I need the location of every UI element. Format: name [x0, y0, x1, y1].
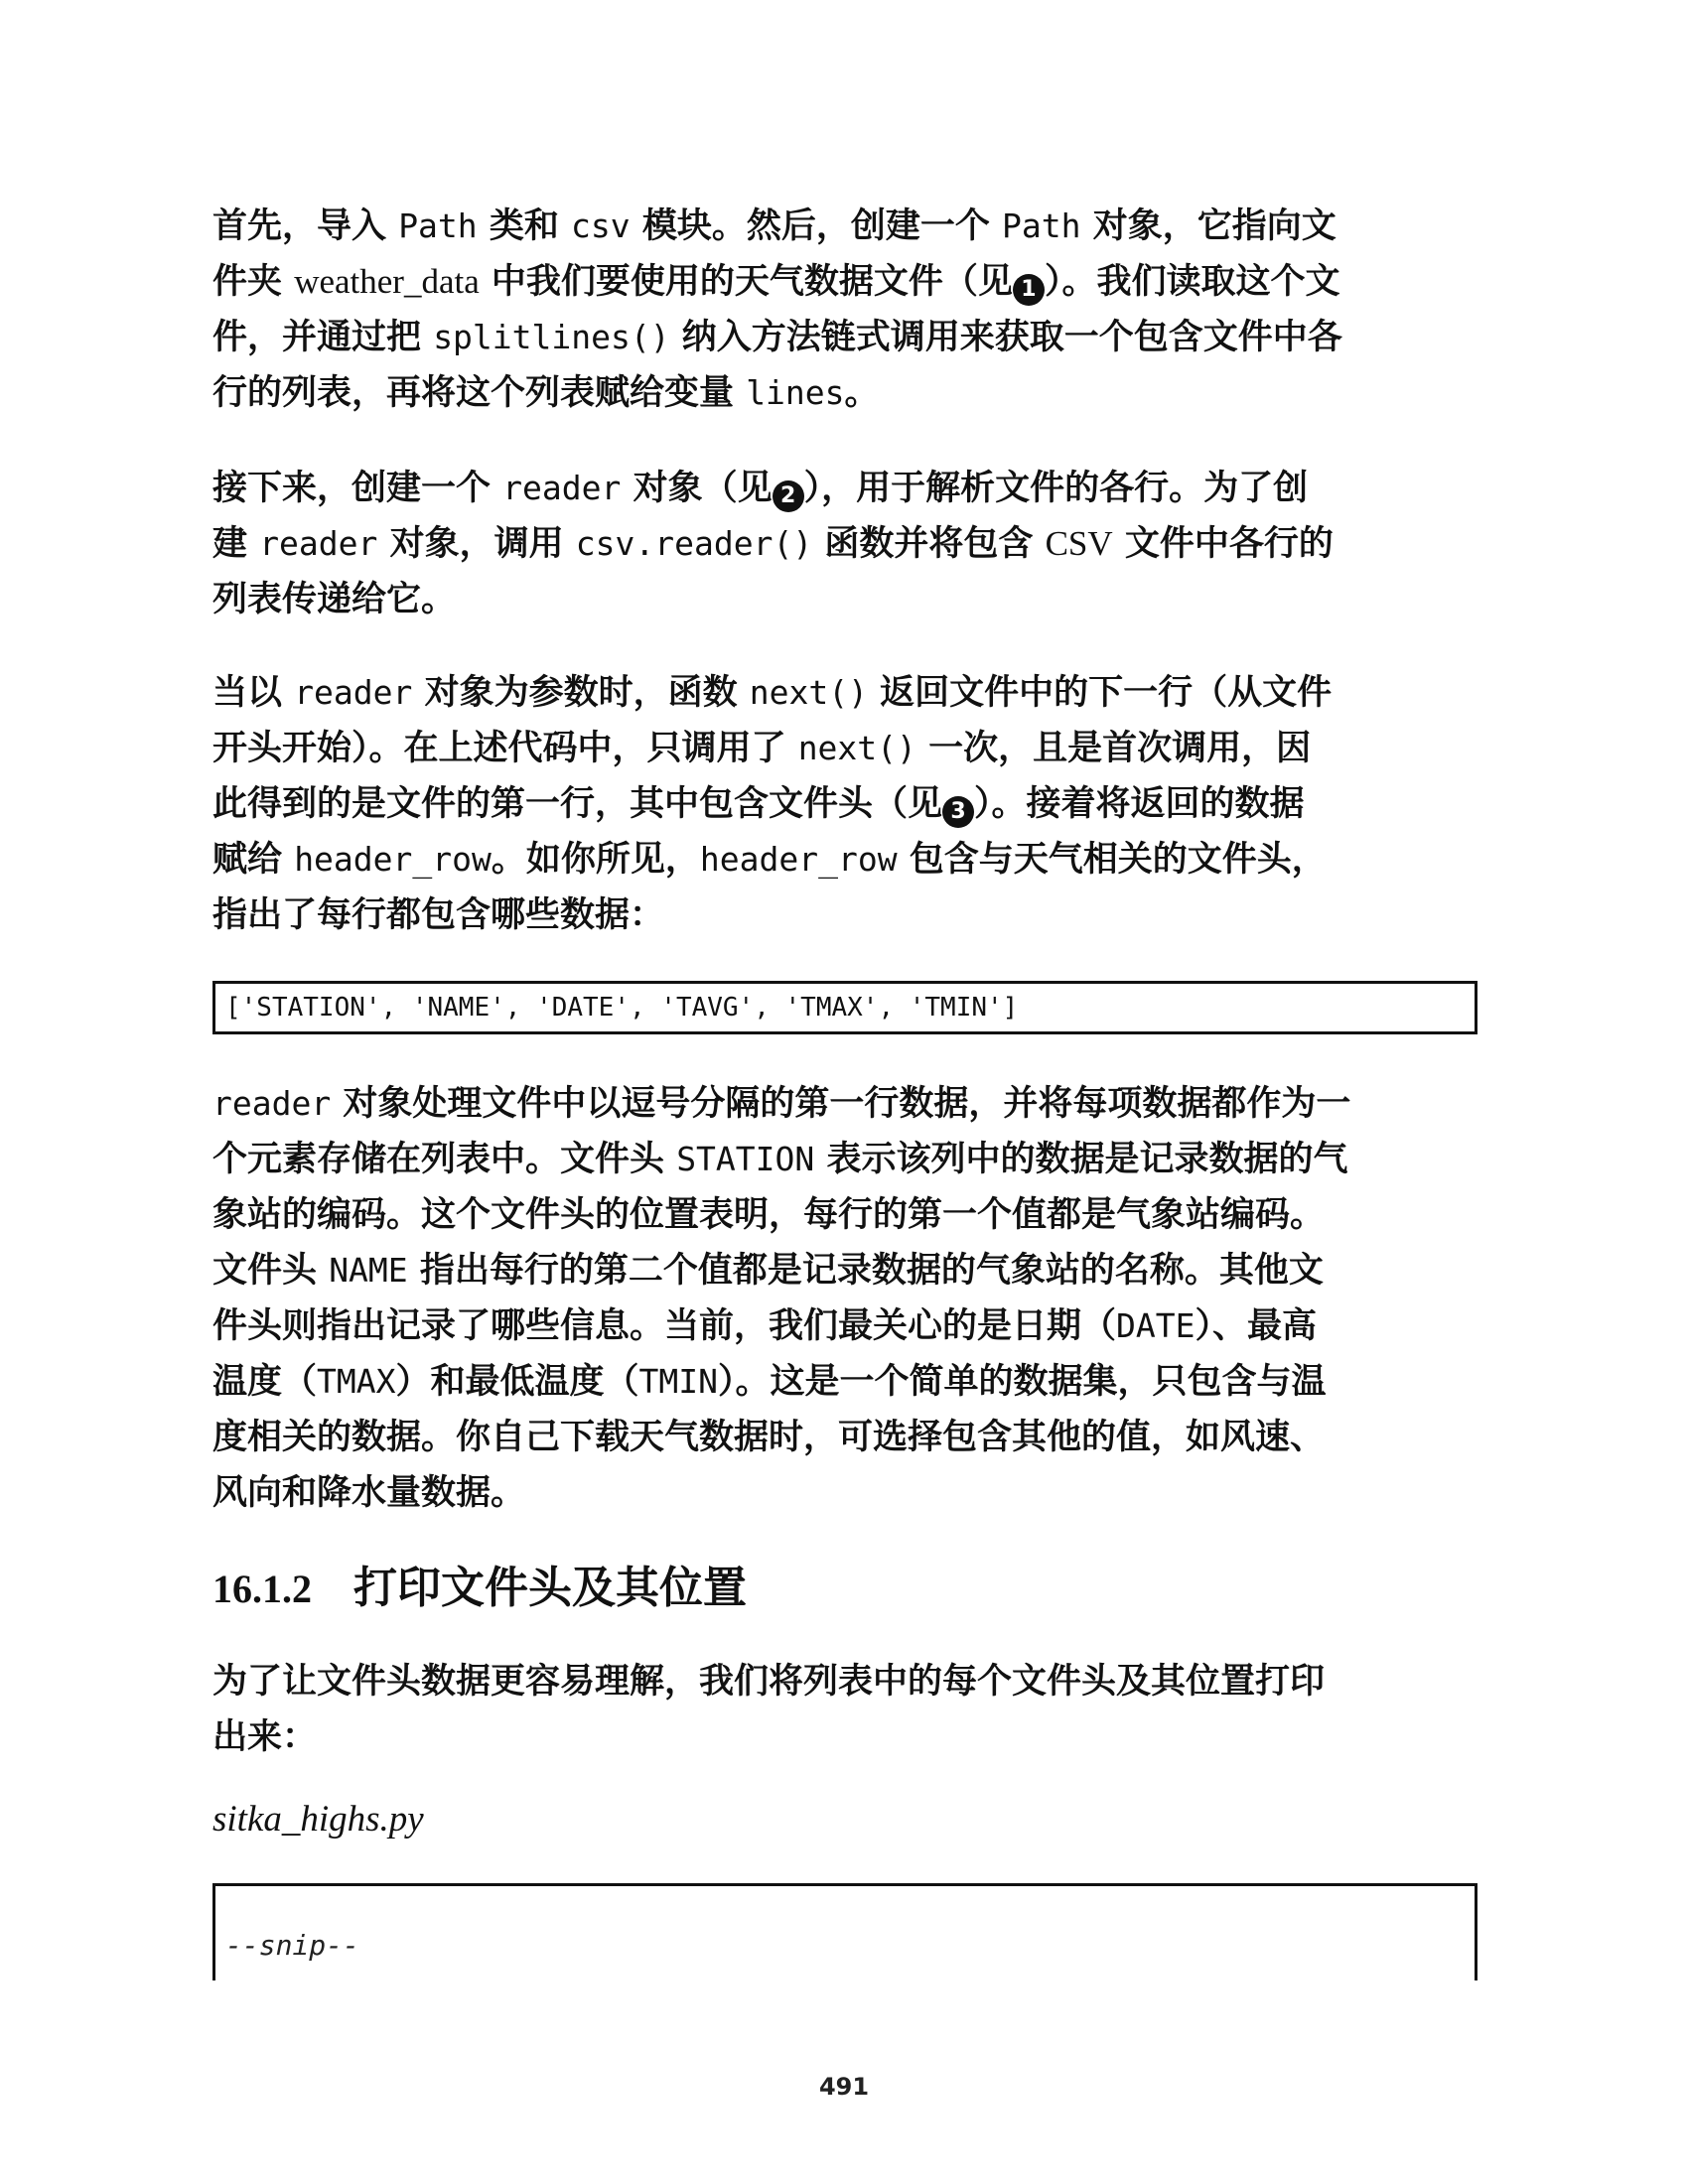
inline-code: next(): [798, 729, 916, 767]
text: ）。这是一个简单的数据集，只包含与温: [718, 1362, 1327, 1402]
inline-code: Path: [398, 206, 477, 245]
text: 首先，导入: [212, 206, 398, 246]
paragraph-4-line-3: 象站的编码。这个文件头的位置表明，每行的第一个值都是气象站编码。: [212, 1187, 1478, 1243]
paragraph-2-line-2: 建 reader 对象，调用 csv.reader() 函数并将包含 CSV 文…: [212, 516, 1478, 572]
section-heading: 16.1.2打印文件头及其位置: [212, 1559, 747, 1618]
paragraph-3-line-4: 赋给 header_row。如你所见，header_row 包含与天气相关的文件…: [212, 832, 1478, 887]
text: 。: [845, 373, 880, 413]
page-number: 491: [0, 2073, 1688, 2101]
paragraph-3-line-2: 开头开始）。在上述代码中，只调用了 next() 一次，且是首次调用，因: [212, 721, 1478, 776]
text: 行的列表，再将这个列表赋给变量: [212, 373, 746, 413]
section-title: 打印文件头及其位置: [353, 1563, 747, 1613]
text: 当以: [212, 673, 294, 713]
paragraph-2-line-3: 列表传递给它。: [212, 572, 1478, 627]
text: 个元素存储在列表中。文件头: [212, 1140, 676, 1179]
inline-code: Path: [1002, 206, 1080, 245]
text: 纳入方法链式调用来获取一个包含文件中各: [670, 318, 1342, 357]
inline-code: reader: [259, 524, 377, 563]
text: 象站的编码。这个文件头的位置表明，每行的第一个值都是气象站编码。: [212, 1195, 1325, 1235]
text: 指出了每行都包含哪些数据：: [212, 895, 664, 935]
text: 对象为参数时，函数: [412, 673, 749, 713]
text: ）。我们读取这个文: [1045, 262, 1340, 302]
paragraph-5-line-2: 出来：: [212, 1709, 1478, 1765]
paragraph-3-line-3: 此得到的是文件的第一行，其中包含文件头（见3）。接着将返回的数据: [212, 776, 1478, 832]
inline-code: header_row: [700, 840, 898, 879]
text: 开头开始）。在上述代码中，只调用了: [212, 729, 798, 768]
text: 温度（: [212, 1362, 317, 1402]
text: 建: [212, 524, 259, 564]
section-number: 16.1.2: [212, 1567, 312, 1611]
text: 对象，它指向文: [1081, 206, 1336, 246]
text: 模块。然后，创建一个: [631, 206, 1002, 246]
text: 。如你所见，: [492, 840, 700, 880]
inline-code: STATION: [676, 1140, 814, 1178]
paragraph-4-line-6: 温度（TMAX）和最低温度（TMIN）。这是一个简单的数据集，只包含与温: [212, 1354, 1478, 1410]
callout-marker-1-icon: 1: [1013, 274, 1045, 306]
paragraph-1-line-1: 首先，导入 Path 类和 csv 模块。然后，创建一个 Path 对象，它指向…: [212, 199, 1478, 254]
paragraph-1-line-4: 行的列表，再将这个列表赋给变量 lines。: [212, 365, 1478, 421]
callout-marker-3-icon: 3: [942, 796, 974, 828]
inline-code: NAME: [329, 1251, 407, 1290]
text: 出来：: [212, 1717, 317, 1757]
paragraph-4-line-4: 文件头 NAME 指出每行的第二个值都是记录数据的气象站的名称。其他文: [212, 1243, 1478, 1298]
text: ），用于解析文件的各行。为了创: [804, 469, 1309, 508]
text: 件夹: [212, 262, 294, 302]
paragraph-3-line-1: 当以 reader 对象为参数时，函数 next() 返回文件中的下一行（从文件: [212, 665, 1478, 721]
text: 函数并将包含: [812, 524, 1045, 564]
text: CSV: [1046, 524, 1113, 563]
inline-code: TMIN: [639, 1362, 718, 1401]
inline-code: reader: [502, 469, 621, 507]
text: 一次，且是首次调用，因: [916, 729, 1311, 768]
text: 列表传递给它。: [212, 580, 456, 619]
inline-code: lines: [746, 373, 844, 412]
text: 为了让文件头数据更容易理解，我们将列表中的每个文件头及其位置打印: [212, 1662, 1325, 1702]
code-listing-text: --snip--: [225, 1926, 359, 1966]
paragraph-3-line-5: 指出了每行都包含哪些数据：: [212, 887, 1478, 943]
text: 包含与天气相关的文件头，: [898, 840, 1327, 880]
text: 赋给: [212, 840, 294, 880]
paragraph-4-line-1: reader 对象处理文件中以逗号分隔的第一行数据，并将每项数据都作为一: [212, 1076, 1478, 1132]
paragraph-5-line-1: 为了让文件头数据更容易理解，我们将列表中的每个文件头及其位置打印: [212, 1654, 1478, 1709]
text: 表示该列中的数据是记录数据的气: [814, 1140, 1347, 1179]
text: 对象（见: [621, 469, 772, 508]
text: 类和: [478, 206, 571, 246]
text: 返回文件中的下一行（从文件: [868, 673, 1332, 713]
text: 指出每行的第二个值都是记录数据的气象站的名称。其他文: [408, 1251, 1324, 1291]
inline-code: csv: [571, 206, 631, 245]
text: 此得到的是文件的第一行，其中包含文件头（见: [212, 784, 942, 824]
paragraph-4-line-2: 个元素存储在列表中。文件头 STATION 表示该列中的数据是记录数据的气: [212, 1132, 1478, 1187]
text: ）。接着将返回的数据: [974, 784, 1305, 824]
text: 件，并通过把: [212, 318, 433, 357]
paragraph-2-line-1: 接下来，创建一个 reader 对象（见2），用于解析文件的各行。为了创: [212, 461, 1478, 516]
text: 中我们要使用的天气数据文件（见: [480, 262, 1013, 302]
text: ）和最低温度（: [396, 1362, 639, 1402]
text: 度相关的数据。你自己下载天气数据时，可选择包含其他的值，如风速、: [212, 1418, 1325, 1457]
text: 文件中各行的: [1113, 524, 1334, 564]
text: 风向和降水量数据。: [212, 1473, 525, 1513]
text: 件头则指出记录了哪些信息。当前，我们最关心的是日期（: [212, 1306, 1116, 1346]
code-filename: sitka_highs.py: [212, 1795, 424, 1844]
inline-code: TMAX: [317, 1362, 395, 1401]
text: 文件头: [212, 1251, 329, 1291]
inline-code: reader: [294, 673, 412, 712]
inline-code: DATE: [1116, 1306, 1195, 1345]
paragraph-4-line-8: 风向和降水量数据。: [212, 1465, 1478, 1521]
inline-code: splitlines(): [433, 318, 669, 356]
text: 对象处理文件中以逗号分隔的第一行数据，并将每项数据都作为一: [331, 1084, 1350, 1124]
paragraph-4-line-5: 件头则指出记录了哪些信息。当前，我们最关心的是日期（DATE）、最高: [212, 1298, 1478, 1354]
text: 对象，调用: [377, 524, 575, 564]
paragraph-1-line-3: 件，并通过把 splitlines() 纳入方法链式调用来获取一个包含文件中各: [212, 310, 1478, 365]
text: ）、最高: [1196, 1306, 1318, 1346]
code-output-box: ['STATION', 'NAME', 'DATE', 'TAVG', 'TMA…: [212, 981, 1477, 1034]
folder-name: weather_data: [294, 262, 480, 301]
text: 接下来，创建一个: [212, 469, 502, 508]
inline-code: reader: [212, 1084, 331, 1123]
inline-code: csv.reader(): [576, 524, 812, 563]
inline-code: next(): [750, 673, 868, 712]
inline-code: header_row: [294, 840, 492, 879]
code-output-text: ['STATION', 'NAME', 'DATE', 'TAVG', 'TMA…: [225, 990, 1018, 1025]
callout-marker-2-icon: 2: [773, 480, 804, 512]
paragraph-4-line-7: 度相关的数据。你自己下载天气数据时，可选择包含其他的值，如风速、: [212, 1410, 1478, 1465]
paragraph-1-line-2: 件夹 weather_data 中我们要使用的天气数据文件（见1）。我们读取这个…: [212, 254, 1478, 310]
